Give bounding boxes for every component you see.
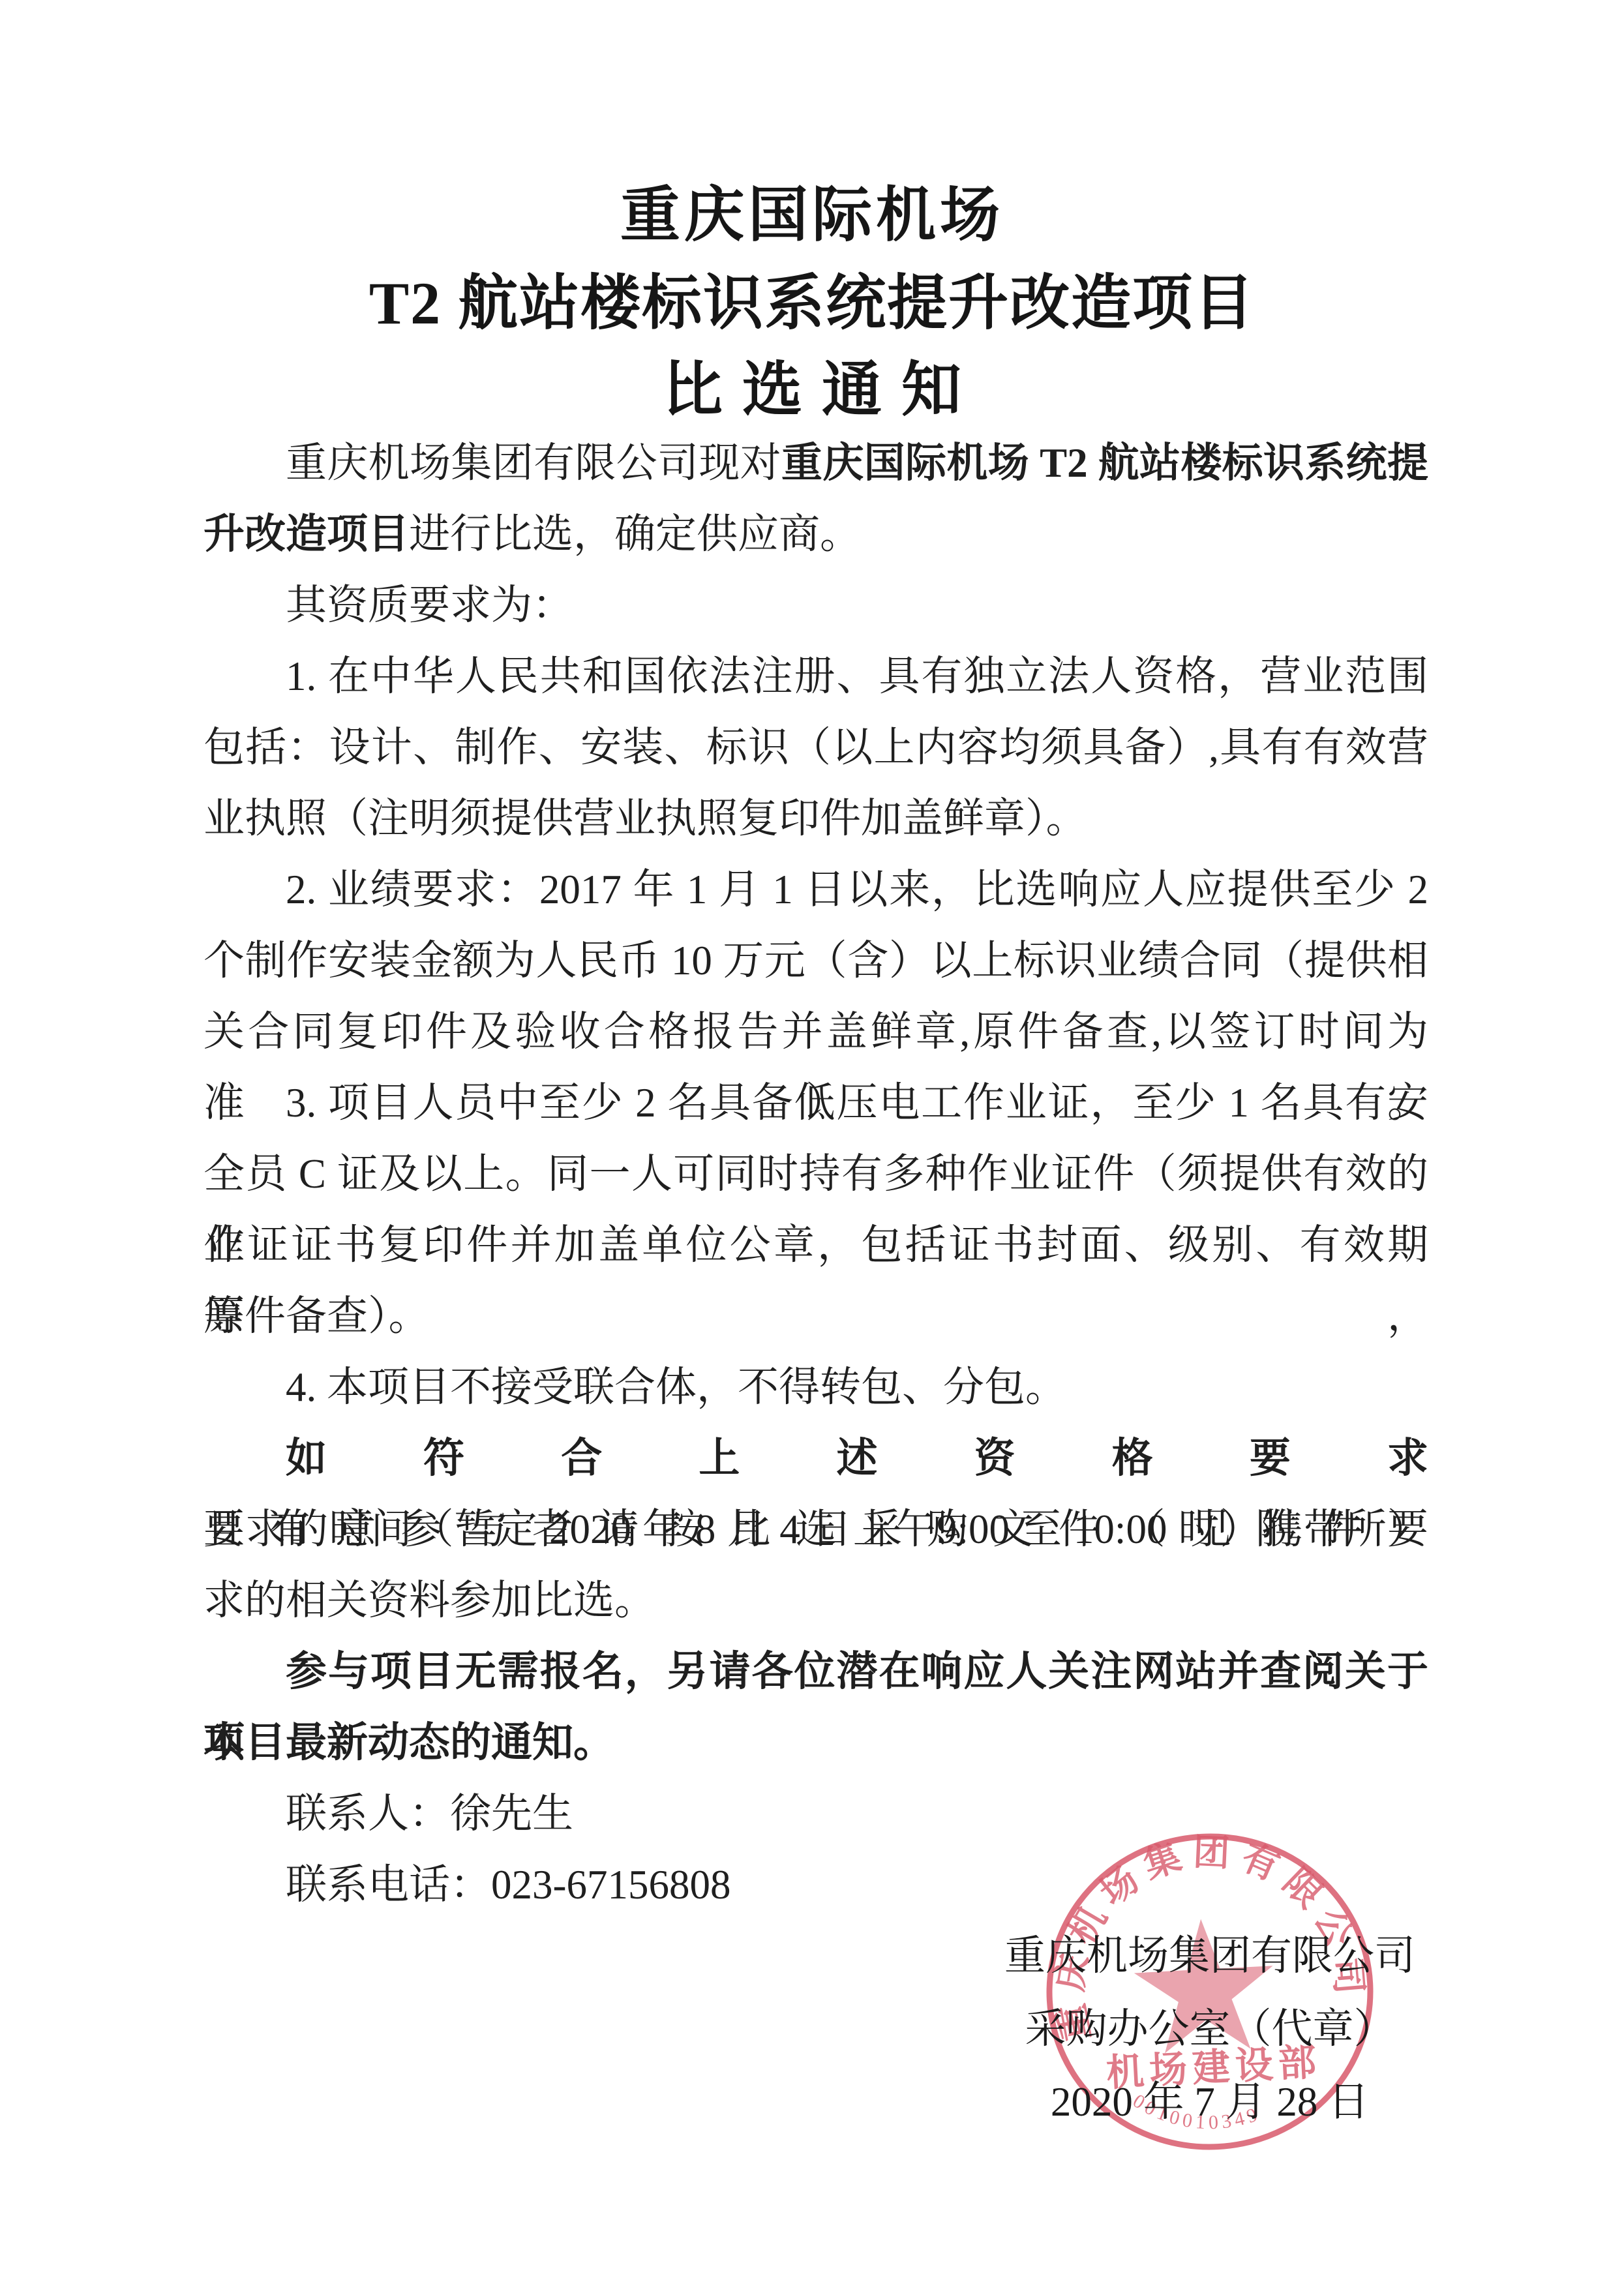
signature-block: 重庆机场集团有限公司 采购办公室（代章） 2020 年 7 月 28 日 bbox=[946, 1919, 1474, 2138]
text-segment: 4. 本项目不接受联合体，不得转包、分包。 bbox=[286, 1364, 1066, 1410]
text-segment: 联系电话：023-67156808 bbox=[286, 1862, 730, 1908]
doc-title-line3: 比选通知 bbox=[0, 357, 1624, 423]
text-line: 4. 本项目不接受联合体，不得转包、分包。 bbox=[203, 1352, 1428, 1423]
scanned-notice-page: 重庆国际机场 T2 航站楼标识系统提升改造项目 比选通知 重庆机场集团有限公司现… bbox=[0, 0, 1624, 2293]
text-line: 参与项目无需报名，另请各位潜在响应人关注网站并查阅关于本 bbox=[203, 1636, 1428, 1707]
text-segment: 进行比选，确定供应商。 bbox=[409, 511, 861, 557]
text-line: 如符合上述资格要求且有意参与者请按比选采购文件（见附件） bbox=[203, 1423, 1428, 1494]
text-line: 包括：设计、制作、安装、标识（以上内容均须具备）,具有有效营 bbox=[203, 712, 1428, 783]
text-line: 3. 项目人员中至少 2 名具备低压电工作业证，至少 1 名具有安 bbox=[203, 1068, 1428, 1139]
text-line: 升改造项目进行比选，确定供应商。 bbox=[203, 499, 1428, 570]
text-line: 2. 业绩要求：2017 年 1 月 1 日以来，比选响应人应提供至少 2 bbox=[203, 854, 1428, 925]
text-segment: 原件备查）。 bbox=[203, 1293, 430, 1339]
document-body: 重庆机场集团有限公司现对重庆国际机场 T2 航站楼标识系统提升改造项目进行比选，… bbox=[203, 428, 1428, 1921]
doc-title-line1: 重庆国际机场 bbox=[0, 183, 1624, 248]
text-line: 求的相关资料参加比选。 bbox=[203, 1565, 1428, 1636]
text-segment: 1. 在中华人民共和国依法注册、具有独立法人资格，营业范围 bbox=[286, 653, 1428, 699]
text-segment: 个制作安装金额为人民币 10 万元（含）以上标识业绩合同（提供相 bbox=[203, 938, 1428, 983]
text-segment: 要求的时间（暂定 2020 年 8 月 4 日上午9:00 至 10:00 时）… bbox=[203, 1506, 1428, 1552]
text-segment: 包括：设计、制作、安装、标识（以上内容均须具备）,具有有效营 bbox=[203, 725, 1428, 770]
text-line: 全员 C 证及以上。同一人可同时持有多种作业证件（须提供有效的作 bbox=[203, 1139, 1428, 1210]
text-segment: 联系人：徐先生 bbox=[286, 1791, 573, 1836]
text-line: 关合同复印件及验收合格报告并盖鲜章,原件备查,以签订时间为准）。 bbox=[203, 997, 1428, 1068]
text-line: 要求的时间（暂定 2020 年 8 月 4 日上午9:00 至 10:00 时）… bbox=[203, 1494, 1428, 1565]
signature-office: 采购办公室（代章） bbox=[946, 1992, 1474, 2065]
text-segment: 业执照（注明须提供营业执照复印件加盖鲜章）。 bbox=[203, 796, 1087, 841]
text-segment: 求的相关资料参加比选。 bbox=[203, 1578, 655, 1623]
doc-title-line2: T2 航站楼标识系统提升改造项目 bbox=[0, 271, 1624, 336]
text-segment: 3. 项目人员中至少 2 名具备低压电工作业证，至少 1 名具有安 bbox=[286, 1080, 1428, 1126]
bold-text-segment: 如符合上述资格要求 bbox=[286, 1435, 1428, 1481]
text-line: 业证证书复印件并加盖单位公章，包括证书封面、级别、有效期等， bbox=[203, 1210, 1428, 1281]
bold-text-segment: 升改造项目 bbox=[203, 511, 409, 557]
text-segment: 2. 业绩要求：2017 年 1 月 1 日以来，比选响应人应提供至少 2 bbox=[286, 867, 1428, 912]
text-segment: 重庆机场集团有限公司现对 bbox=[286, 440, 781, 486]
text-segment: 其资质要求为： bbox=[286, 582, 573, 628]
text-line: 1. 在中华人民共和国依法注册、具有独立法人资格，营业范围 bbox=[203, 641, 1428, 712]
text-line: 业执照（注明须提供营业执照复印件加盖鲜章）。 bbox=[203, 783, 1428, 854]
signature-company: 重庆机场集团有限公司 bbox=[946, 1919, 1474, 1992]
signature-date: 2020 年 7 月 28 日 bbox=[946, 2065, 1474, 2138]
text-line: 项目最新动态的通知。 bbox=[203, 1707, 1428, 1778]
text-line: 重庆机场集团有限公司现对重庆国际机场 T2 航站楼标识系统提 bbox=[203, 428, 1428, 499]
text-line: 个制作安装金额为人民币 10 万元（含）以上标识业绩合同（提供相 bbox=[203, 925, 1428, 997]
text-line: 其资质要求为： bbox=[203, 570, 1428, 641]
bold-text-segment: 项目最新动态的通知。 bbox=[203, 1720, 614, 1765]
bold-text-segment: 重庆国际机场 T2 航站楼标识系统提 bbox=[781, 440, 1428, 486]
